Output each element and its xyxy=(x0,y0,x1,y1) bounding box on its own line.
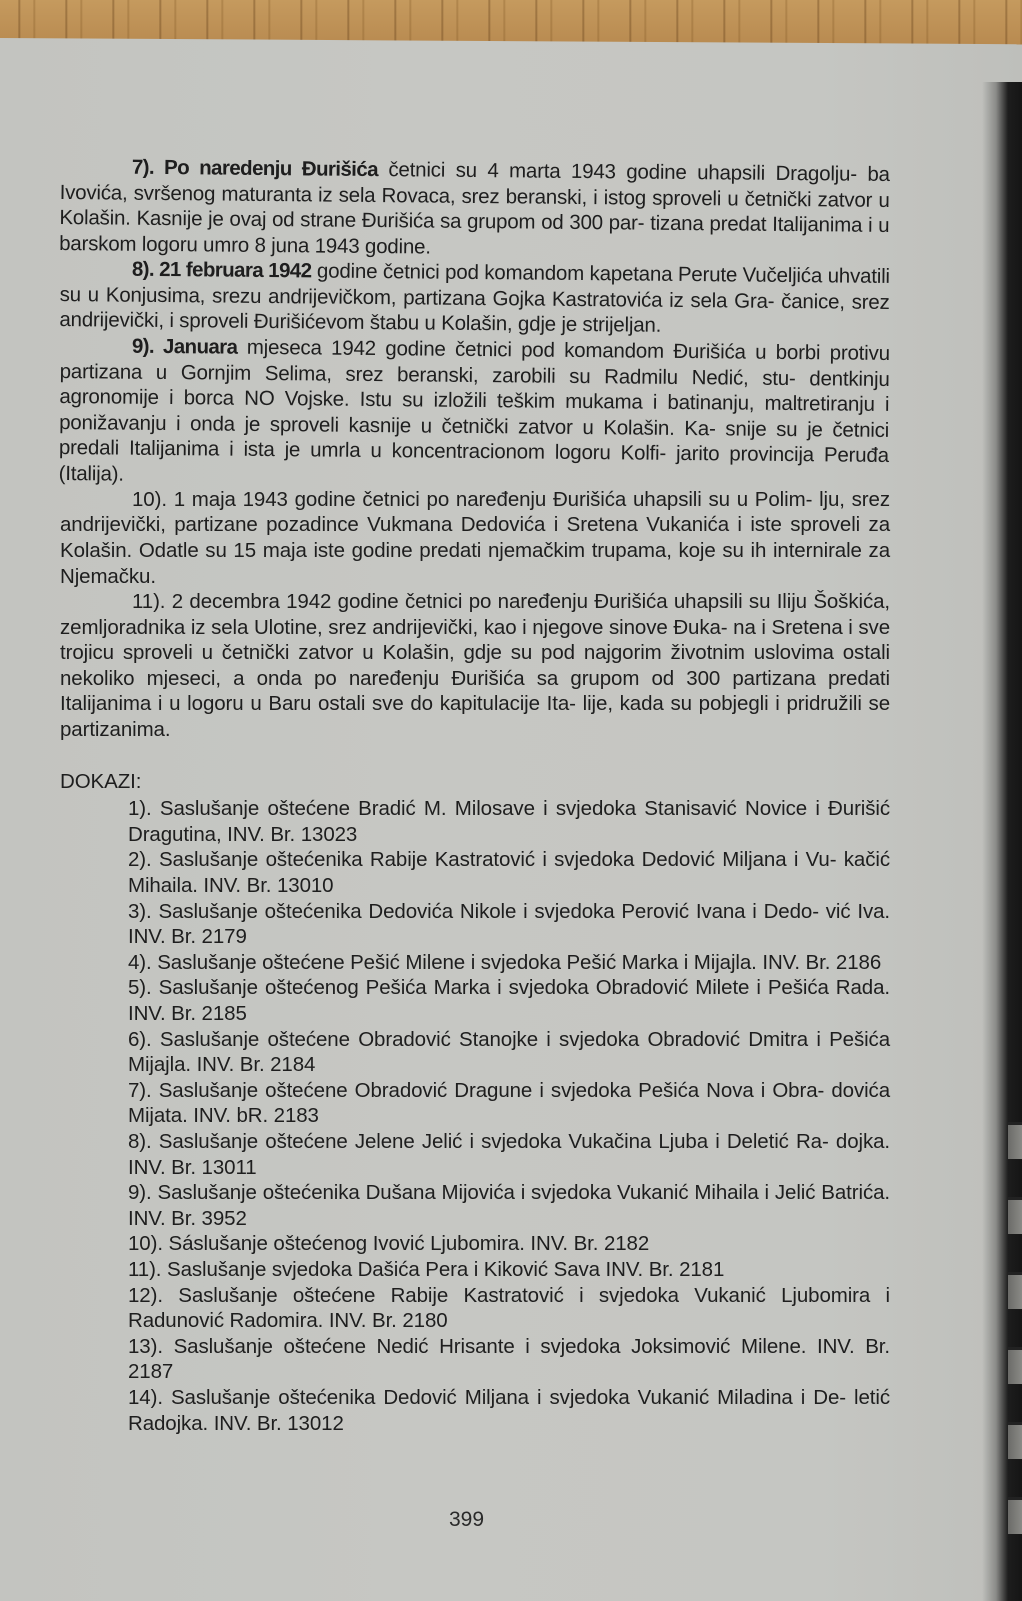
page-number: 399 xyxy=(449,1508,484,1532)
evidence-item: 4). Saslušanje oštećene Pešić Milene i s… xyxy=(128,950,890,976)
paragraph-11: 11). 2 decembra 1942 godine četnici po n… xyxy=(60,589,890,743)
evidence-item: 12). Saslušanje oštećene Rabije Kastrato… xyxy=(128,1283,890,1334)
evidence-item: 3). Saslušanje oštećenika Dedovića Nikol… xyxy=(128,899,890,950)
binding-tab xyxy=(1008,1422,1022,1459)
evidence-item: 7). Saslušanje oštećene Obradović Dragun… xyxy=(128,1078,890,1129)
paragraph-text: 11). 2 decembra 1942 godine četnici po n… xyxy=(60,590,890,741)
paragraph-text: mjeseca 1942 godine četnici pod komandom… xyxy=(59,336,890,486)
paragraph-7: 7). Po naredenju Đurišića četnici su 4 m… xyxy=(59,154,890,264)
paragraph-9: 9). Januara mjeseca 1942 godine četnici … xyxy=(59,333,890,495)
paragraph-lead: 9). Januara xyxy=(132,335,238,359)
evidence-item: 1). Saslušanje oštećene Bradić M. Milosa… xyxy=(128,796,890,847)
evidence-item: 9). Saslušanje oštećenika Dušana Mijović… xyxy=(128,1180,890,1231)
page-text-body: 7). Po naredenju Đurišića četnici su 4 m… xyxy=(60,154,890,1436)
evidence-item: 5). Saslušanje oštećenog Pešića Marka i … xyxy=(128,975,890,1026)
paragraph-10: 10). 1 maja 1943 godine četnici po naređ… xyxy=(60,487,890,589)
evidence-item: 8). Saslušanje oštećene Jelene Jelić i s… xyxy=(128,1129,890,1180)
evidence-item: 11). Saslušanje svjedoka Dašića Pera i K… xyxy=(128,1257,890,1283)
evidence-heading: DOKAZI: xyxy=(60,769,890,795)
book-binding-edge xyxy=(982,82,1022,1601)
paragraph-8: 8). 21 februara 1942 godine četnici pod … xyxy=(59,256,890,341)
evidence-item: 2). Saslušanje oštećenika Rabije Kastrat… xyxy=(128,847,890,898)
evidence-item: 10). Sáslušanje oštećenog Ivović Ljubomi… xyxy=(128,1231,890,1257)
paragraph-lead: 7). Po naredenju Đurišića xyxy=(132,156,378,181)
evidence-list: 1). Saslušanje oštećene Bradić M. Milosa… xyxy=(60,796,890,1436)
binding-tab xyxy=(1008,1272,1022,1309)
evidence-item: 13). Saslušanje oštećene Nedić Hrisante … xyxy=(128,1334,890,1385)
paragraph-lead: 8). 21 februara 1942 xyxy=(132,258,312,283)
binding-tab xyxy=(1008,1497,1022,1534)
binding-tab xyxy=(1008,1347,1022,1384)
binding-tab xyxy=(1008,1197,1022,1234)
binding-tab xyxy=(1008,1122,1022,1159)
paragraph-text: 10). 1 maja 1943 godine četnici po naređ… xyxy=(60,488,890,588)
evidence-item: 14). Saslušanje oštećenika Dedović Milja… xyxy=(128,1385,890,1436)
evidence-item: 6). Saslušanje oštećene Obradović Stanoj… xyxy=(128,1027,890,1078)
